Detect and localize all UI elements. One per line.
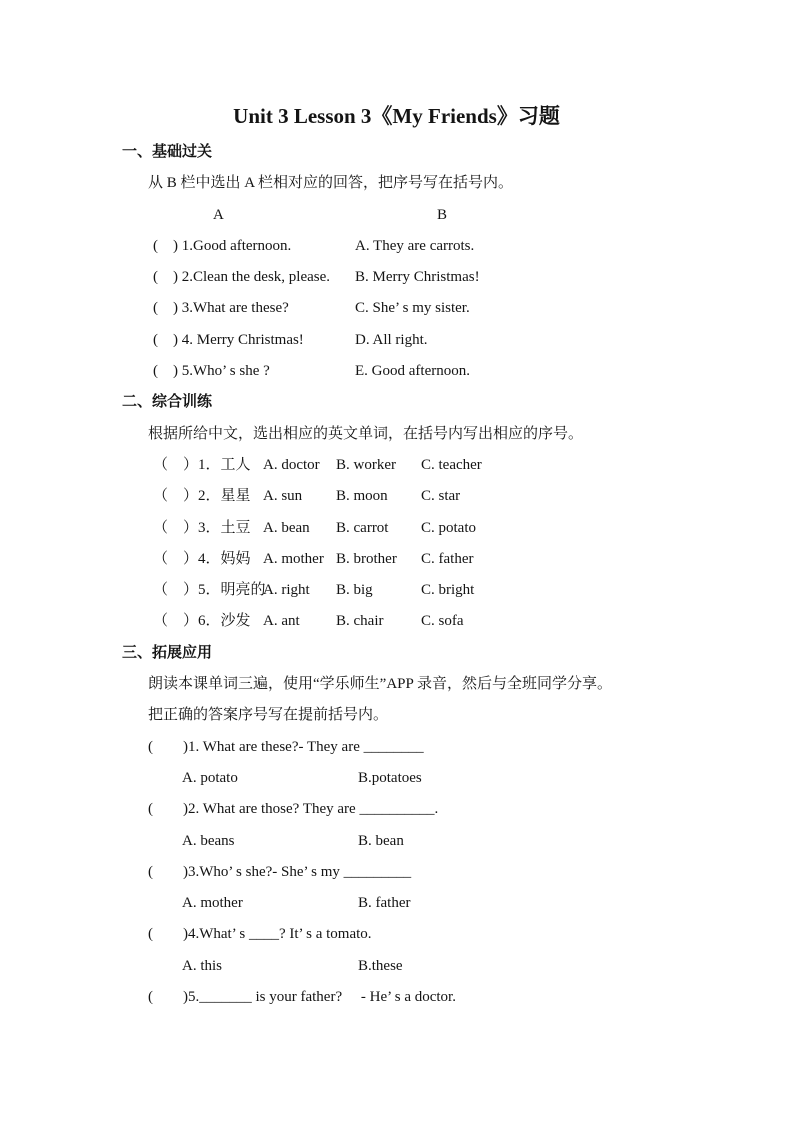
vocab-option-b: B. brother: [336, 544, 421, 575]
vocab-option-a: A. mother: [263, 544, 336, 575]
match-a-item: ( ) 2.Clean the desk, please.: [153, 262, 355, 293]
vocab-option-a: A. bean: [263, 513, 336, 544]
vocab-prompt: （ ）2．星星: [153, 481, 263, 512]
match-b-item: A. They are carrots.: [355, 231, 474, 262]
vocab-prompt: （ ）3．土豆: [153, 513, 263, 544]
vocab-option-a: A. doctor: [263, 450, 336, 481]
vocab-option-b: B. big: [336, 575, 421, 606]
option-a: A. beans: [182, 826, 358, 857]
question-5: ( )5._______ is your father? - He’ s a d…: [148, 982, 793, 1013]
worksheet-page: Unit 3 Lesson 3《My Friends》习题 一、基础过关 从 B…: [0, 0, 793, 1122]
match-b-item: D. All right.: [355, 325, 428, 356]
vocab-option-a: A. right: [263, 575, 336, 606]
vocab-prompt: （ ）5．明亮的: [153, 575, 263, 606]
column-b-header: B: [355, 200, 447, 231]
column-a-header: A: [153, 200, 355, 231]
question-2-options: A. beans B. bean: [182, 826, 793, 857]
option-b: B.potatoes: [358, 763, 422, 794]
vocab-row: （ ）6．沙发 A. ant B. chair C. sofa: [153, 606, 793, 637]
question-2: ( )2. What are those? They are _________…: [148, 794, 793, 825]
match-row: ( ) 5.Who’ s she ? E. Good afternoon.: [153, 356, 793, 387]
vocab-prompt: （ ）1．工人: [153, 450, 263, 481]
vocab-option-a: A. sun: [263, 481, 336, 512]
section1-heading: 一、基础过关: [122, 137, 793, 168]
question-4: ( )4.What’ s ____? It’ s a tomato.: [148, 919, 793, 950]
match-a-item: ( ) 5.Who’ s she ?: [153, 356, 355, 387]
section1-instruction: 从 B 栏中选出 A 栏相对应的回答，把序号写在括号内。: [148, 168, 793, 199]
match-row: ( ) 3.What are these? C. She’ s my siste…: [153, 293, 793, 324]
section2-instruction: 根据所给中文，选出相应的英文单词，在括号内写出相应的序号。: [148, 419, 793, 450]
match-b-item: E. Good afternoon.: [355, 356, 470, 387]
worksheet-body: 一、基础过关 从 B 栏中选出 A 栏相对应的回答，把序号写在括号内。 A B …: [0, 137, 793, 1013]
vocab-row: （ ）4．妈妈 A. mother B. brother C. father: [153, 544, 793, 575]
option-b: B. bean: [358, 826, 404, 857]
question-3-options: A. mother B. father: [182, 888, 793, 919]
option-b: B. father: [358, 888, 410, 919]
match-row: ( ) 2.Clean the desk, please. B. Merry C…: [153, 262, 793, 293]
option-a: A. potato: [182, 763, 358, 794]
section3-instruction-1: 朗读本课单词三遍，使用“学乐师生”APP 录音，然后与全班同学分享。: [148, 669, 793, 700]
vocab-row: （ ）5．明亮的 A. right B. big C. bright: [153, 575, 793, 606]
vocab-option-b: B. chair: [336, 606, 421, 637]
vocab-option-c: C. father: [421, 544, 473, 575]
match-row: ( ) 4. Merry Christmas! D. All right.: [153, 325, 793, 356]
vocab-row: （ ）3．土豆 A. bean B. carrot C. potato: [153, 513, 793, 544]
vocab-option-c: C. teacher: [421, 450, 482, 481]
question-1-options: A. potato B.potatoes: [182, 763, 793, 794]
vocab-option-c: C. bright: [421, 575, 474, 606]
option-a: A. this: [182, 951, 358, 982]
vocab-option-b: B. carrot: [336, 513, 421, 544]
match-row: ( ) 1.Good afternoon. A. They are carrot…: [153, 231, 793, 262]
vocab-option-a: A. ant: [263, 606, 336, 637]
page-title: Unit 3 Lesson 3《My Friends》习题: [0, 0, 793, 132]
vocab-row: （ ）2．星星 A. sun B. moon C. star: [153, 481, 793, 512]
vocab-option-c: C. potato: [421, 513, 476, 544]
section2-heading: 二、综合训练: [122, 387, 793, 418]
match-a-item: ( ) 4. Merry Christmas!: [153, 325, 355, 356]
option-a: A. mother: [182, 888, 358, 919]
question-1: ( )1. What are these?- They are ________: [148, 732, 793, 763]
match-a-item: ( ) 1.Good afternoon.: [153, 231, 355, 262]
vocab-prompt: （ ）6．沙发: [153, 606, 263, 637]
match-b-item: B. Merry Christmas!: [355, 262, 480, 293]
vocab-option-b: B. worker: [336, 450, 421, 481]
vocab-option-c: C. sofa: [421, 606, 464, 637]
option-b: B.these: [358, 951, 403, 982]
match-b-item: C. She’ s my sister.: [355, 293, 470, 324]
match-a-item: ( ) 3.What are these?: [153, 293, 355, 324]
vocab-option-c: C. star: [421, 481, 460, 512]
section3-heading: 三、拓展应用: [122, 638, 793, 669]
vocab-row: （ ）1．工人 A. doctor B. worker C. teacher: [153, 450, 793, 481]
question-3: ( )3.Who’ s she?- She’ s my _________: [148, 857, 793, 888]
vocab-prompt: （ ）4．妈妈: [153, 544, 263, 575]
vocab-option-b: B. moon: [336, 481, 421, 512]
section3-instruction-2: 把正确的答案序号写在提前括号内。: [148, 700, 793, 731]
match-column-headers: A B: [153, 200, 793, 231]
question-4-options: A. this B.these: [182, 951, 793, 982]
